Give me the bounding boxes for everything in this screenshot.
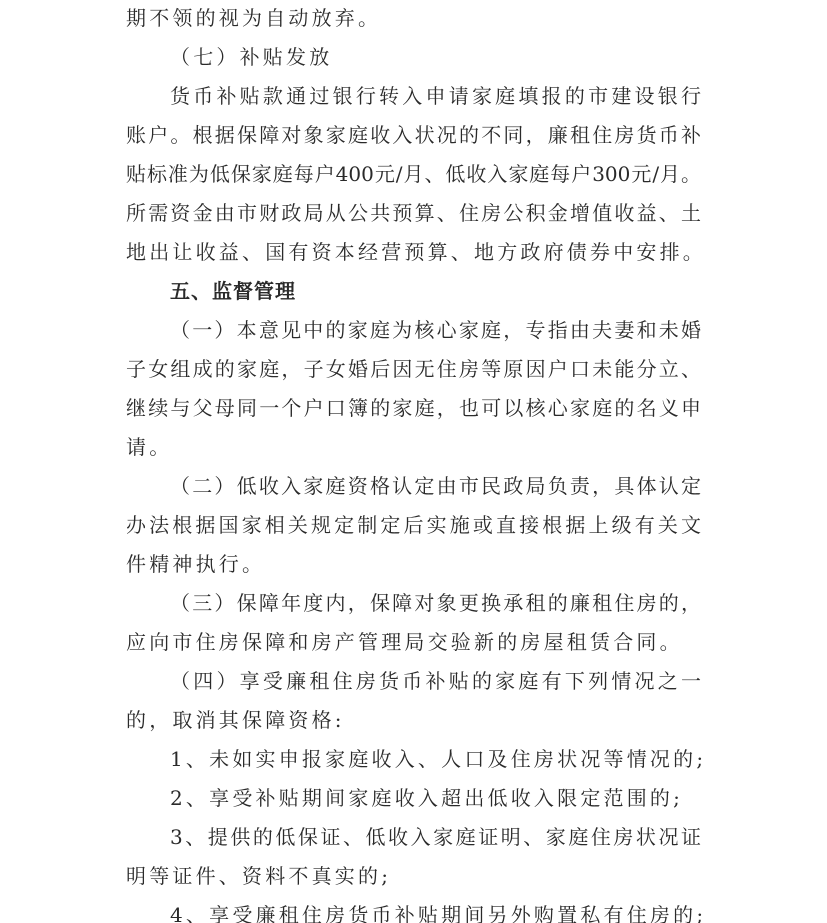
paragraph-line: 的，取消其保障资格:	[126, 705, 701, 735]
paragraph-line: 子女组成的家庭，子女婚后因无住房等原因户口未能分立、	[126, 354, 701, 384]
paragraph-line: 地出让收益、国有资本经营预算、地方政府债券中安排。	[126, 237, 701, 267]
list-item: 3、提供的低保证、低收入家庭证明、家庭住房状况证	[170, 822, 701, 852]
paragraph-line: 件精神执行。	[126, 549, 701, 579]
paragraph-line: （四）享受廉租住房货币补贴的家庭有下列情况之一	[170, 666, 701, 696]
paragraph-line: （一）本意见中的家庭为核心家庭，专指由夫妻和未婚	[170, 315, 701, 345]
list-item: 2、享受补贴期间家庭收入超出低收入限定范围的;	[170, 783, 701, 813]
paragraph-line: （三）保障年度内，保障对象更换承租的廉租住房的，	[170, 588, 701, 618]
paragraph-line: 请。	[126, 432, 701, 462]
paragraph-line: 应向市住房保障和房产管理局交验新的房屋租赁合同。	[126, 627, 701, 657]
paragraph-line: 继续与父母同一个户口簿的家庭，也可以核心家庭的名义申	[126, 393, 701, 423]
section-heading: 五、监督管理	[170, 276, 701, 306]
subsection-heading: （七）补贴发放	[170, 42, 701, 72]
paragraph-line: 期不领的视为自动放弃。	[126, 3, 701, 33]
paragraph-line: 所需资金由市财政局从公共预算、住房公积金增值收益、土	[126, 198, 701, 228]
paragraph-line: 货币补贴款通过银行转入申请家庭填报的市建设银行	[170, 81, 701, 111]
paragraph-line: 贴标准为低保家庭每户400元/月、低收入家庭每户300元/月。	[126, 159, 701, 189]
paragraph-line: 账户。根据保障对象家庭收入状况的不同，廉租住房货币补	[126, 120, 701, 150]
list-item: 1、未如实申报家庭收入、人口及住房状况等情况的;	[170, 744, 701, 774]
paragraph-line: 办法根据国家相关规定制定后实施或直接根据上级有关文	[126, 510, 701, 540]
list-item-continuation: 明等证件、资料不真实的;	[126, 861, 701, 891]
paragraph-line: （二）低收入家庭资格认定由市民政局负责，具体认定	[170, 471, 701, 501]
list-item: 4、享受廉租住房货币补贴期间另外购置私有住房的;	[170, 900, 701, 923]
